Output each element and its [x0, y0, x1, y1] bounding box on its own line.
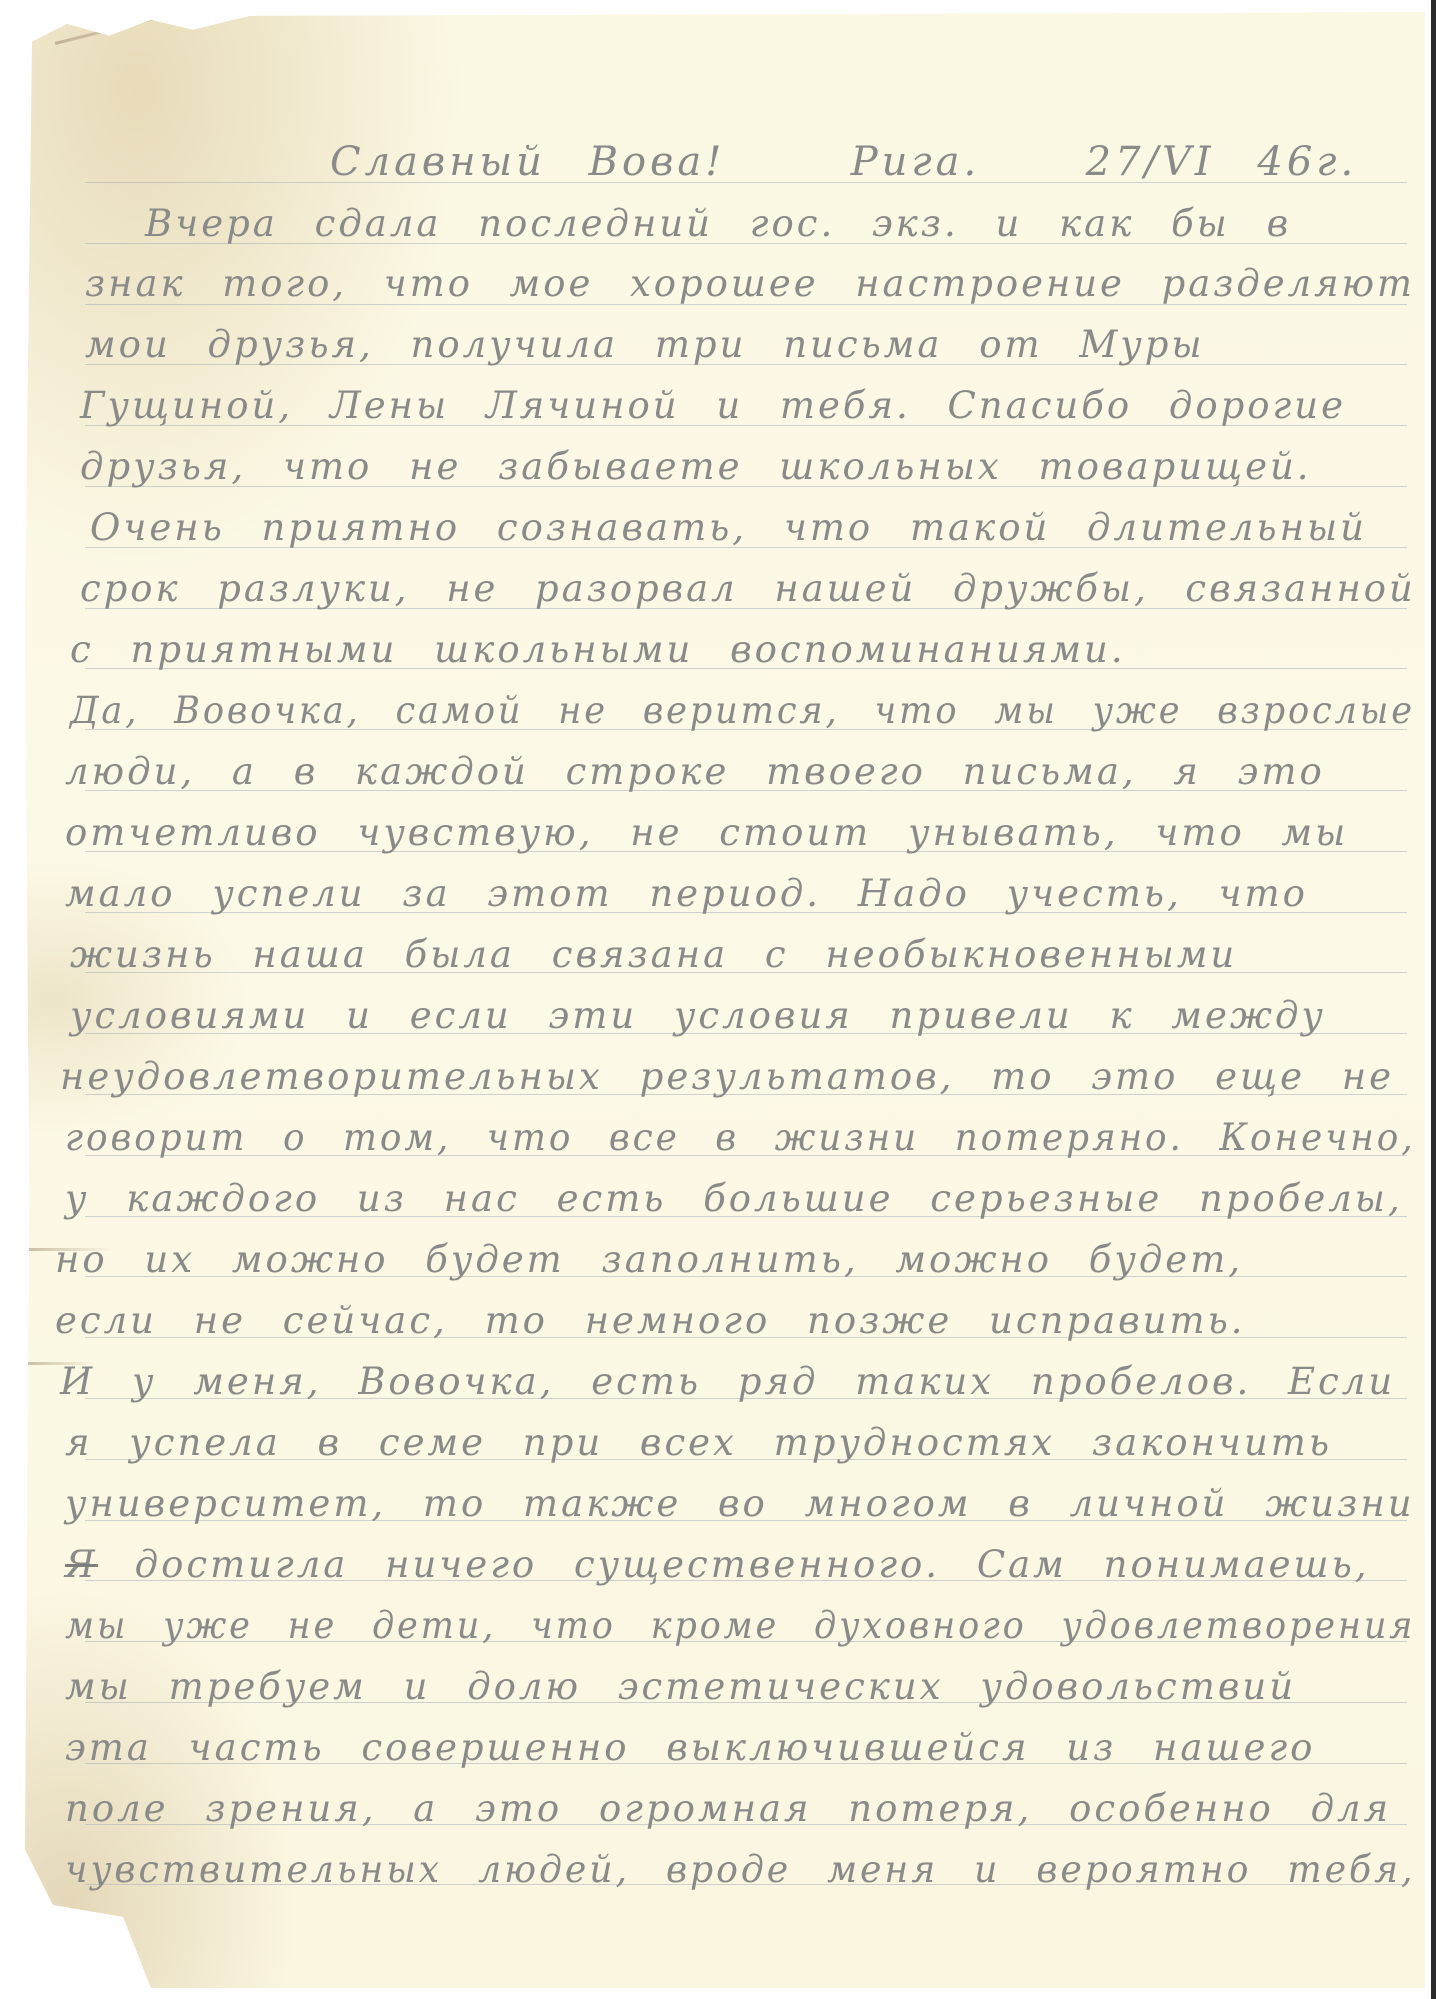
- text-line: Вчера сдала последний гос. экз. и как бы…: [145, 205, 1291, 242]
- text-line: И у меня, Вовочка, есть ряд таких пробел…: [60, 1363, 1395, 1400]
- text-line: мало успели за этот период. Надо учесть,…: [65, 875, 1308, 912]
- text-line: с приятными школьными воспоминаниями.: [70, 631, 1126, 668]
- text-line: Я достигла ничего существенного. Сам пон…: [65, 1546, 1370, 1583]
- text-line: знак того, что мое хорошее настроение ра…: [85, 265, 1415, 302]
- letter-body: Славный Вова! Рига. 27/VI 46г. Вчера сда…: [25, 12, 1425, 1988]
- text-line: мы требуем и долю эстетических удовольст…: [65, 1668, 1296, 1705]
- text-line: но их можно будет заполнить, можно будет…: [55, 1241, 1243, 1278]
- text-line: Гущиной, Лены Лячиной и тебя. Спасибо до…: [80, 387, 1346, 424]
- text-line: условиями и если эти условия привели к м…: [70, 997, 1326, 1034]
- scanner-edge: [1431, 0, 1436, 1999]
- scan-page: { "document": { "type": "handwritten let…: [0, 0, 1436, 1999]
- struck-word: Я: [65, 1543, 98, 1586]
- text-line: люди, а в каждой строке твоего письма, я…: [65, 753, 1325, 790]
- text-line: Очень приятно сознавать, что такой длите…: [90, 509, 1367, 546]
- text-line: чувствительных людей, вроде меня и вероя…: [65, 1851, 1415, 1888]
- text-line: я успела в семе при всех трудностях зако…: [65, 1424, 1332, 1461]
- text-line: срок разлуки, не разорвал нашей дружбы, …: [80, 570, 1416, 607]
- letter-heading: Славный Вова! Рига. 27/VI 46г.: [330, 142, 1357, 182]
- letter-sheet: Славный Вова! Рига. 27/VI 46г. Вчера сда…: [25, 12, 1425, 1988]
- text-line: Да, Вовочка, самой не верится, что мы уж…: [70, 692, 1415, 729]
- text-line: эта часть совершенно выключившейся из на…: [65, 1729, 1315, 1766]
- text-line: мы уже не дети, что кроме духовного удов…: [65, 1607, 1415, 1644]
- text-line: университет, то также во многом в личной…: [65, 1485, 1415, 1522]
- text-line: отчетливо чувствую, не стоит унывать, чт…: [65, 814, 1348, 851]
- text-line: неудовлетворительных результатов, то это…: [60, 1058, 1394, 1095]
- text-line: говорит о том, что все в жизни потеряно.…: [65, 1119, 1416, 1156]
- text-line: поле зрения, а это огромная потеря, особ…: [65, 1790, 1391, 1827]
- date: 27/VI 46г.: [1086, 139, 1358, 185]
- text-line: друзья, что не забываете школьных товари…: [80, 448, 1312, 485]
- text-line: мои друзья, получила три письма от Муры: [85, 326, 1205, 363]
- salutation: Славный Вова!: [330, 139, 725, 185]
- text-line: если не сейчас, то немного позже исправи…: [55, 1302, 1246, 1339]
- text-line: у каждого из нас есть большие серьезные …: [65, 1180, 1403, 1217]
- text-line: жизнь наша была связана с необыкновенным…: [70, 936, 1237, 973]
- place: Рига.: [851, 139, 980, 185]
